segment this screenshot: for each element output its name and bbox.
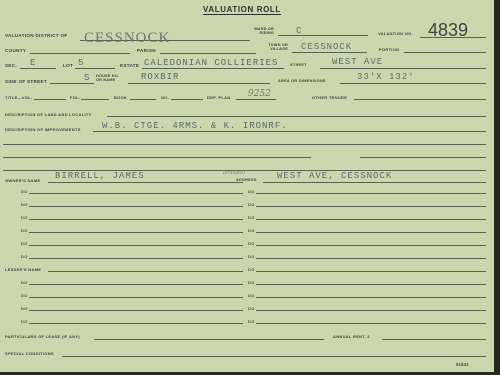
ditto-label: do: [21, 241, 28, 246]
owner-name-line: [48, 182, 243, 183]
house-line: [128, 83, 270, 84]
land-locality-line: [107, 116, 486, 117]
lot-label: Lot: [63, 63, 73, 68]
ditto-line: [29, 206, 243, 207]
improvements-value: W.B. CTGE. 4RMS. & K. IRONRF.: [102, 121, 288, 131]
valuation-district-label: Valuation District of: [5, 33, 68, 38]
ditto-address-label: do: [248, 215, 255, 220]
ditto-address-label: do: [248, 280, 255, 285]
ditto-line: [29, 245, 243, 246]
ditto-label: do: [21, 254, 28, 259]
ditto-label: do: [21, 319, 28, 324]
ditto-line: [29, 232, 243, 233]
address-label: Address: [236, 178, 257, 183]
ditto-line: [29, 284, 243, 285]
ditto-address-line: [256, 245, 486, 246]
lessee-address-line: [256, 271, 486, 272]
ditto-address-label: do: [248, 293, 255, 298]
ditto-address-line: [256, 258, 486, 259]
estate-value: CALEDONIAN COLLIERIES: [144, 58, 278, 68]
ditto-label: do: [21, 280, 28, 285]
ditto-label: do: [21, 293, 28, 298]
ward-label-line2: Riding: [260, 31, 275, 35]
book-line: [130, 99, 156, 100]
ditto-label: do: [21, 306, 28, 311]
town-value: CESSNOCK: [301, 42, 352, 52]
ditto-address-line: [256, 284, 486, 285]
owner-name-label: Owner's Name: [5, 178, 40, 183]
ditto-address-label: do: [248, 267, 255, 272]
side-of-street-value: S: [84, 73, 90, 83]
owner-name-value: BIRRELL, JAMES: [55, 171, 145, 181]
address-line: [263, 182, 486, 183]
house-label: House No.or Name: [96, 74, 126, 82]
ditto-address-label: do: [248, 254, 255, 259]
description-extra-line-1: [3, 144, 486, 145]
town-label: Town orVillage: [258, 43, 288, 51]
valuation-district-value: CESSNOCK: [84, 30, 170, 46]
address-note: (Private): [223, 170, 245, 176]
ditto-address-line: [256, 219, 486, 220]
area-label: Area or Dimensions: [278, 79, 326, 84]
ditto-line: [29, 297, 243, 298]
lessee-name-line: [48, 271, 243, 272]
valuation-no-label: Valuation No.: [378, 31, 413, 36]
ditto-address-line: [256, 297, 486, 298]
annual-rent-line: [382, 339, 486, 340]
special-conditions-line: [62, 356, 486, 357]
area-value: 33'X 132': [357, 72, 415, 82]
ditto-address-line: [256, 193, 486, 194]
county-label: County: [5, 48, 26, 53]
fol-line: [81, 99, 109, 100]
dep-plan-line: [236, 99, 276, 100]
ward-line: [278, 35, 368, 36]
ditto-line: [29, 258, 243, 259]
ditto-address-label: do: [248, 228, 255, 233]
dep-plan-label: Dep. Plan: [207, 95, 231, 100]
annual-rent-label: Annual Rent, £: [333, 334, 370, 339]
street-line: [320, 68, 486, 69]
ditto-address-label: do: [248, 189, 255, 194]
no-label: No.: [161, 95, 169, 100]
town-line: [292, 52, 367, 53]
ditto-address-label: do: [248, 306, 255, 311]
ditto-label: do: [21, 228, 28, 233]
other-tenure-line: [354, 99, 486, 100]
side-of-street-label: Side of Street: [5, 79, 47, 84]
valuation-no-value: 4839: [428, 20, 468, 40]
improvements-label: Description of Improvements: [5, 127, 81, 132]
ditto-address-line: [256, 232, 486, 233]
form-number: 81533: [456, 362, 469, 367]
county-line: [30, 53, 130, 54]
ditto-address-label: do: [248, 202, 255, 207]
estate-label: Estate: [120, 63, 139, 68]
ditto-address-label: do: [248, 319, 255, 324]
portion-label: Portion: [379, 47, 399, 52]
parish-line: [160, 53, 256, 54]
card-shadow-right: [494, 0, 500, 375]
ward-value: C: [296, 26, 302, 36]
description-extra-line-3: [360, 157, 486, 158]
ditto-address-line: [256, 310, 486, 311]
ditto-address-line: [256, 206, 486, 207]
lease-particulars-label: Particulars of Lease (if any): [5, 334, 80, 339]
ditto-line: [29, 323, 243, 324]
fol-label: Fol.: [70, 95, 80, 100]
street-label: Street: [290, 63, 307, 68]
street-value: WEST AVE: [332, 57, 383, 67]
parish-label: Parish: [137, 48, 156, 53]
special-conditions-label: Special Conditions: [5, 351, 54, 356]
sec-label: Sec.: [5, 63, 17, 68]
description-extra-line-2: [3, 157, 311, 158]
ditto-label: do: [21, 189, 28, 194]
house-value: ROXBIR: [141, 72, 179, 82]
ward-label: Ward orRiding: [250, 27, 274, 35]
town-label-line2: Village: [270, 47, 288, 51]
lot-value: 5: [78, 58, 84, 68]
sec-line: [20, 68, 56, 69]
title-vol-line: [34, 99, 66, 100]
side-of-street-line: [50, 83, 94, 84]
ditto-address-label: do: [248, 241, 255, 246]
lessee-name-label: Lessee's Name: [5, 267, 41, 272]
ditto-line: [29, 193, 243, 194]
portion-line: [404, 52, 486, 53]
dep-plan-value: 9252: [248, 89, 271, 99]
ditto-label: do: [21, 202, 28, 207]
sec-value: E: [30, 58, 36, 68]
address-value: WEST AVE, CESSNOCK: [277, 171, 392, 181]
ditto-address-line: [256, 323, 486, 324]
ditto-line: [29, 310, 243, 311]
book-label: Book: [114, 95, 127, 100]
lease-particulars-line: [94, 339, 324, 340]
valuation-roll-card: VALUATION ROLL Valuation District of CES…: [0, 0, 494, 372]
no-line: [171, 99, 203, 100]
land-locality-label: Description of Land and Locality: [5, 112, 92, 117]
estate-line: [142, 68, 284, 69]
house-label-line2: or Name: [96, 78, 115, 82]
area-line: [340, 83, 486, 84]
lot-line: [75, 68, 115, 69]
ditto-line: [29, 219, 243, 220]
other-tenure-label: Other Tenure: [312, 95, 347, 100]
title-vol-label: Title—Vol.: [5, 95, 32, 100]
ditto-label: do: [21, 215, 28, 220]
card-title: VALUATION ROLL: [203, 5, 281, 15]
improvements-line: [93, 131, 486, 132]
